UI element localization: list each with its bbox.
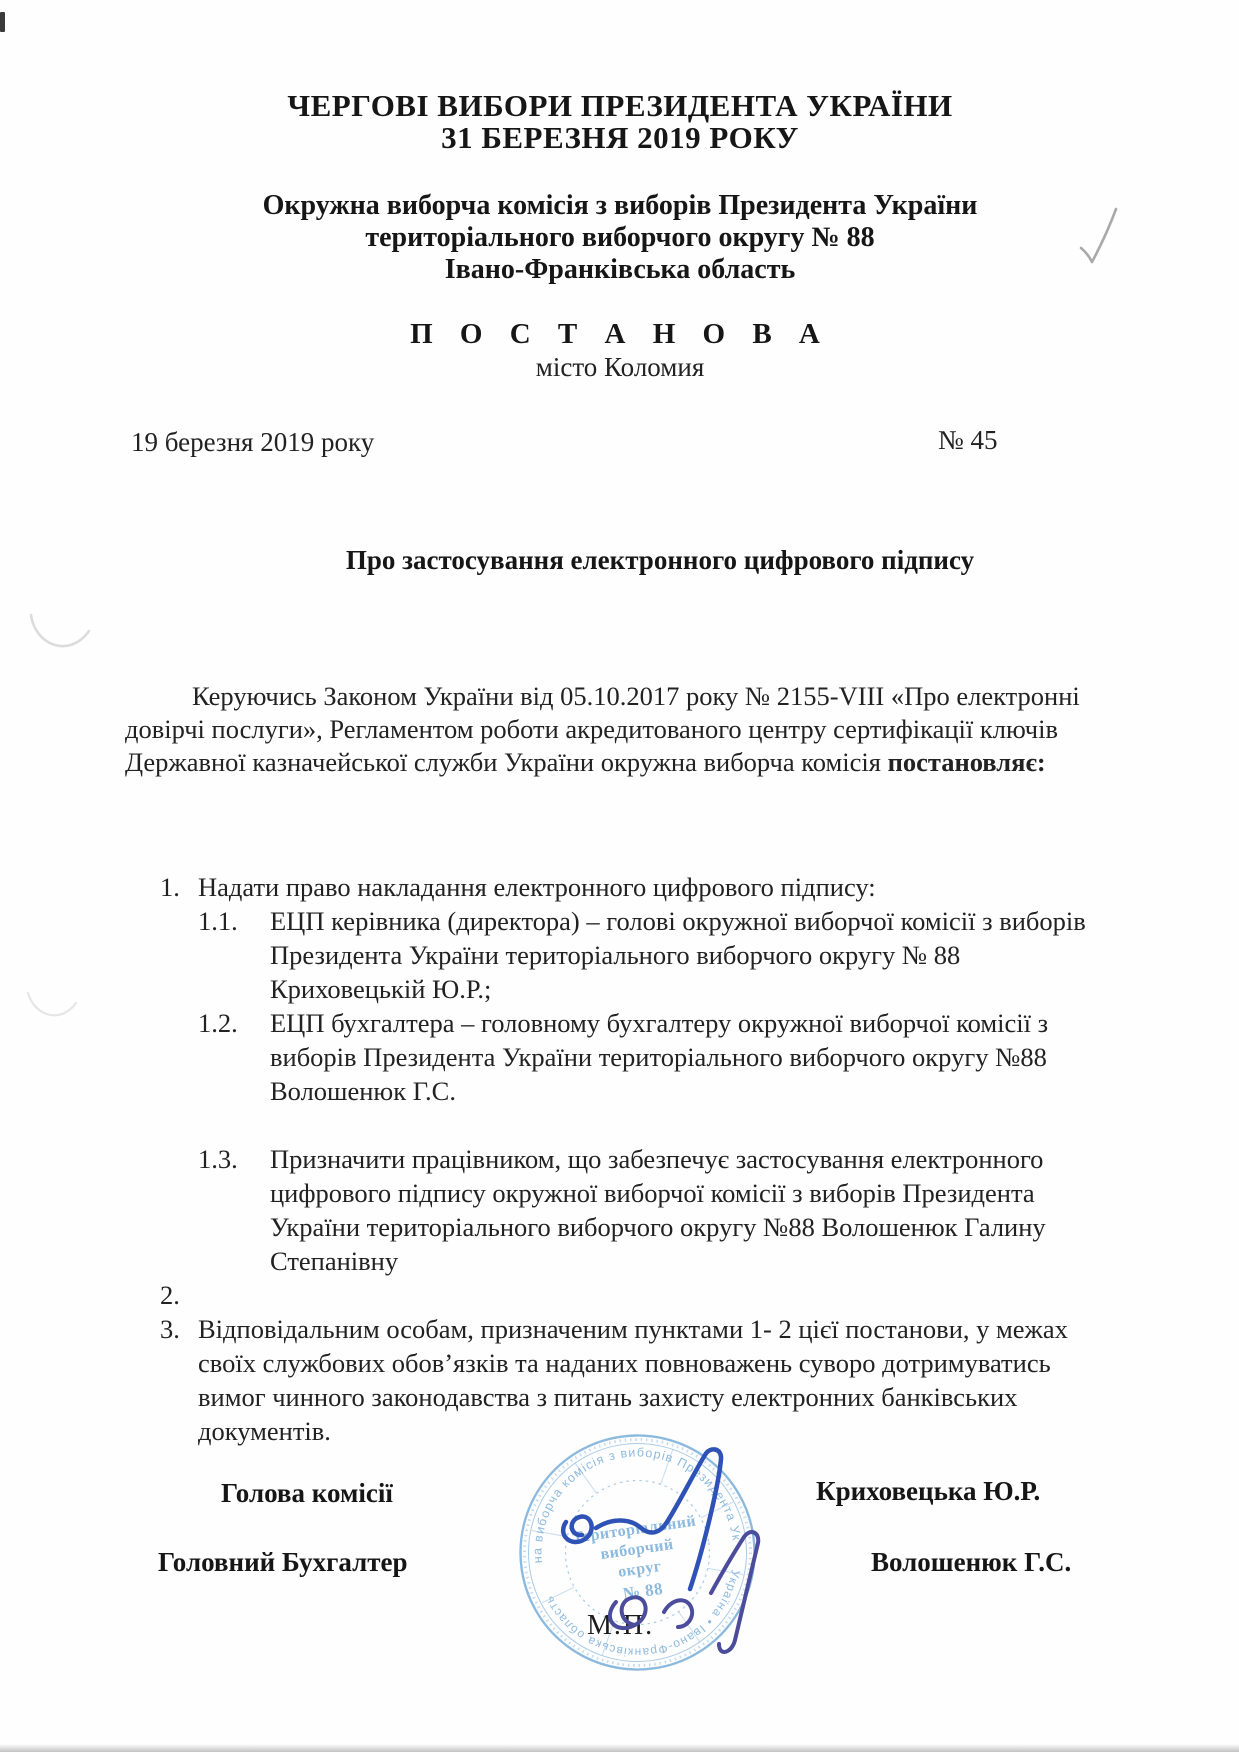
commission-line2: територіального виборчого округу № 88 bbox=[70, 222, 1170, 254]
scan-edge-bottom bbox=[0, 1744, 1239, 1752]
preamble-resolution-verb: постановляє: bbox=[888, 747, 1046, 777]
election-title-line2: 31 БЕРЕЗНЯ 2019 РОКУ bbox=[70, 120, 1170, 156]
item-text: ЕЦП бухгалтера – головному бухгалтеру ок… bbox=[270, 1006, 1100, 1108]
signer-title-head: Голова комісії bbox=[221, 1478, 393, 1509]
signer-title-accountant: Головний Бухгалтер bbox=[158, 1547, 408, 1578]
item-number: 1.3. bbox=[198, 1142, 238, 1176]
scan-curve-mark-2 bbox=[22, 985, 84, 1031]
handwritten-signatures bbox=[520, 1412, 830, 1667]
scanned-resolution-document: ЧЕРГОВІ ВИБОРИ ПРЕЗИДЕНТА УКРАЇНИ 31 БЕР… bbox=[0, 0, 1239, 1752]
commission-line3: Івано-Франківська область bbox=[70, 254, 1170, 286]
list-item-2: 2. bbox=[125, 1278, 1145, 1312]
item-number: 2. bbox=[160, 1278, 180, 1312]
item-number: 1.1. bbox=[198, 904, 238, 938]
document-city: місто Коломия bbox=[70, 352, 1170, 383]
item-text: Призначити працівником, що забезпечує за… bbox=[270, 1142, 1100, 1278]
scan-curve-mark-1 bbox=[25, 605, 97, 665]
resolution-items: 1. Надати право накладання електронного … bbox=[125, 870, 1145, 1448]
document-subject: Про застосування електронного цифрового … bbox=[346, 545, 974, 575]
item-number: 1.2. bbox=[198, 1006, 238, 1040]
list-item-1-2: 1.2. ЕЦП бухгалтера – головному бухгалте… bbox=[125, 1006, 1145, 1108]
list-item-1-1: 1.1. ЕЦП керівника (директора) – голові … bbox=[125, 904, 1145, 1006]
item-text: ЕЦП керівника (директора) – голові окруж… bbox=[270, 904, 1100, 1006]
signer-name-accountant: Волошенюк Г.С. bbox=[871, 1547, 1071, 1578]
list-item-1: 1. Надати право накладання електронного … bbox=[125, 870, 1145, 904]
item-text: Надати право накладання електронного циф… bbox=[198, 870, 1098, 904]
list-item-1-3: 1.3. Призначити працівником, що забезпеч… bbox=[125, 1142, 1145, 1278]
item-number: 3. bbox=[160, 1312, 180, 1346]
signer-name-head: Криховецька Ю.Р. bbox=[816, 1476, 1040, 1507]
commission-line1: Окружна виборча комісія з виборів Презид… bbox=[70, 190, 1170, 222]
scan-edge-speck bbox=[0, 12, 5, 32]
item-number: 1. bbox=[160, 870, 180, 904]
document-date: 19 березня 2019 року bbox=[131, 427, 374, 458]
signature-head-ink bbox=[563, 1449, 721, 1589]
document-type: П О С Т А Н О В А bbox=[70, 318, 1170, 351]
pencil-checkmark bbox=[1075, 205, 1125, 271]
document-number: № 45 bbox=[938, 425, 998, 456]
election-title-line1: ЧЕРГОВІ ВИБОРИ ПРЕЗИДЕНТА УКРАЇНИ bbox=[70, 88, 1170, 124]
signature-accountant-ink bbox=[610, 1532, 758, 1652]
subject-row: Про застосування електронного цифрового … bbox=[125, 545, 1195, 576]
preamble-paragraph: Керуючись Законом України від 05.10.2017… bbox=[125, 680, 1125, 779]
